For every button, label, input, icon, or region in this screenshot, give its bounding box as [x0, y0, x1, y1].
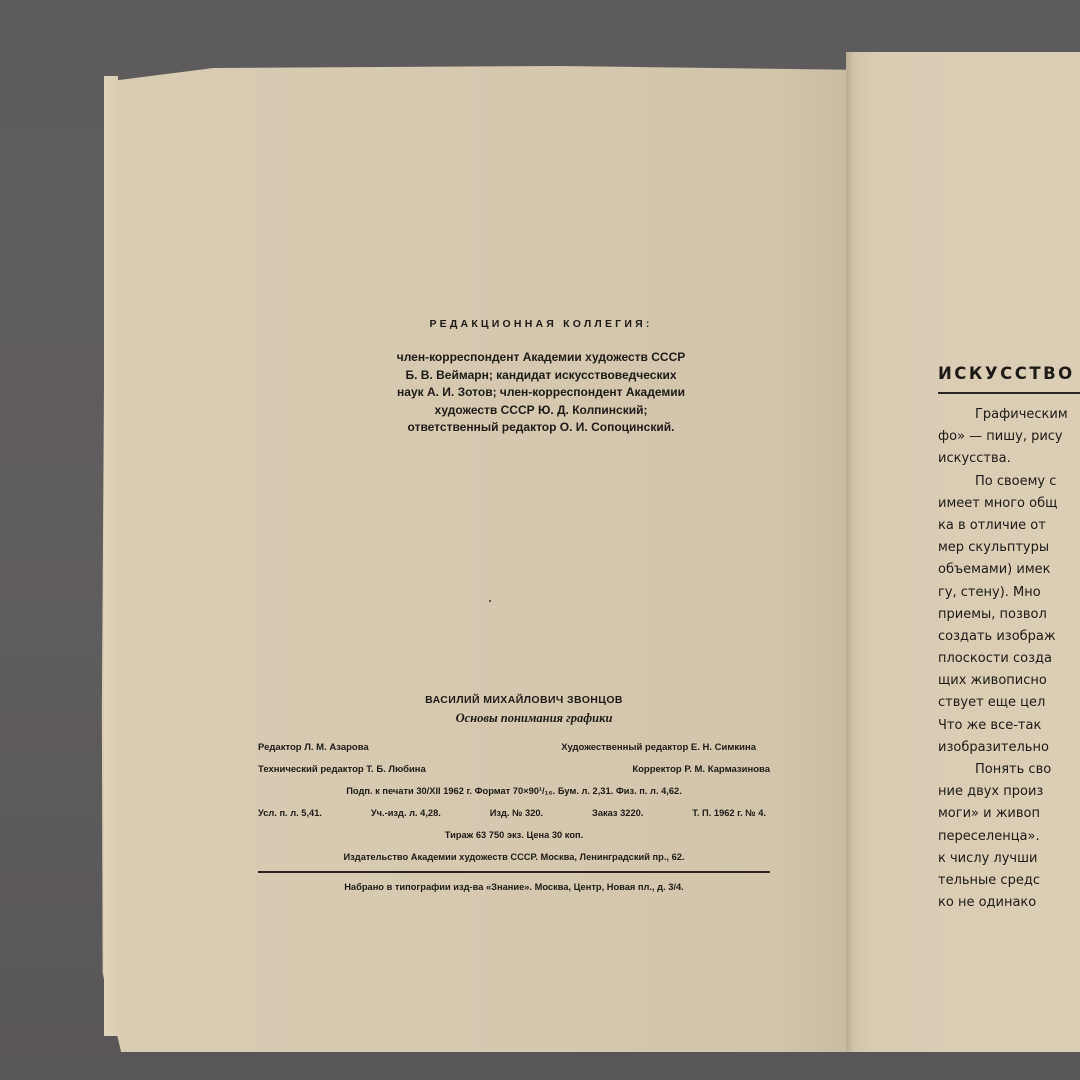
typesetting: Набрано в типографии изд-ва «Знание». Мо… [258, 879, 770, 895]
text-line: Графическим [938, 404, 1080, 426]
text-line: гу, стену). Мно [938, 582, 1080, 604]
paper-speck [489, 600, 491, 602]
right-page-lines: Графическимфо» — пишу, рисуискусства.По … [938, 404, 1080, 914]
text-line: Понять сво [938, 759, 1080, 781]
text-line: переселенца». [938, 826, 1080, 848]
editorial-board-text: член-корреспондент Академии художеств СС… [340, 349, 742, 437]
art-editor: Художественный редактор Е. Н. Симкина [561, 742, 756, 753]
editorial-board-title: РЕДАКЦИОННАЯ КОЛЛЕГИЯ: [340, 318, 742, 330]
heading-underline [938, 392, 1080, 394]
text-line: искусства. [938, 448, 1080, 470]
imprint-row-editors: Редактор Л. М. Азарова Художественный ре… [258, 736, 770, 758]
board-line: член-корреспондент Академии художеств СС… [350, 349, 732, 367]
text-line: Что же все-так [938, 715, 1080, 737]
text-line: мер скульптуры [938, 537, 1080, 559]
sheet-value: Изд. № 320. [490, 808, 543, 818]
text-line: создать изображ [938, 626, 1080, 648]
sheet-value: Усл. п. л. 5,41. [258, 808, 322, 818]
text-line: ствует еще цел [938, 692, 1080, 714]
left-page-edge [104, 76, 118, 1036]
proofreader: Корректор Р. М. Кармазинова [632, 764, 770, 775]
book-title: Основы понимания графики [298, 711, 770, 726]
board-line: ответственный редактор О. И. Сопоцинский… [350, 419, 732, 437]
text-line: тельные средс [938, 870, 1080, 892]
text-line: моги» и живоп [938, 803, 1080, 825]
text-line: объемами) имек [938, 559, 1080, 581]
sheet-value: Уч.-изд. л. 4,28. [371, 808, 441, 818]
text-line: ние двух произ [938, 781, 1080, 803]
imprint: ВАСИЛИЙ МИХАЙЛОВИЧ ЗВОНЦОВ Основы понима… [258, 694, 770, 895]
sheet-details: Усл. п. л. 5,41. Уч.-изд. л. 4,28. Изд. … [258, 802, 770, 824]
sheet-value: Заказ 3220. [592, 808, 643, 818]
editor: Редактор Л. М. Азарова [258, 742, 369, 753]
text-line: имеет много общ [938, 493, 1080, 515]
publisher: Издательство Академии художеств СССР. Мо… [258, 846, 770, 868]
print-details: Подп. к печати 30/XII 1962 г. Формат 70×… [258, 780, 770, 802]
text-line: По своему с [938, 471, 1080, 493]
text-line: щих живописно [938, 670, 1080, 692]
text-line: плоскости созда [938, 648, 1080, 670]
text-line: ко не одинако [938, 892, 1080, 914]
text-line: ка в отличие от [938, 515, 1080, 537]
book-gutter [846, 52, 854, 1052]
board-line: Б. В. Веймарн; кандидат искусствоведческ… [350, 367, 732, 385]
circulation: Тираж 63 750 экз. Цена 30 коп. [258, 824, 770, 846]
board-line: наук А. И. Зотов; член-корреспондент Ака… [350, 384, 732, 402]
right-page-text: ИСКУССТВО Графическимфо» — пишу, рисуиск… [938, 364, 1080, 914]
text-line: изобразительно [938, 737, 1080, 759]
imprint-divider [258, 871, 770, 873]
text-line: к числу лучши [938, 848, 1080, 870]
left-page [98, 66, 868, 1052]
tech-editor: Технический редактор Т. Б. Любина [258, 764, 426, 775]
text-line: фо» — пишу, рису [938, 426, 1080, 448]
imprint-row-tech: Технический редактор Т. Б. Любина Коррек… [258, 758, 770, 780]
chapter-heading: ИСКУССТВО [938, 364, 1080, 383]
text-line: приемы, позвол [938, 604, 1080, 626]
author-name: ВАСИЛИЙ МИХАЙЛОВИЧ ЗВОНЦОВ [278, 694, 770, 706]
editorial-board: РЕДАКЦИОННАЯ КОЛЛЕГИЯ: член-корреспонден… [340, 318, 742, 437]
board-line: художеств СССР Ю. Д. Колпинский; [350, 402, 732, 420]
sheet-value: Т. П. 1962 г. № 4. [692, 808, 766, 818]
